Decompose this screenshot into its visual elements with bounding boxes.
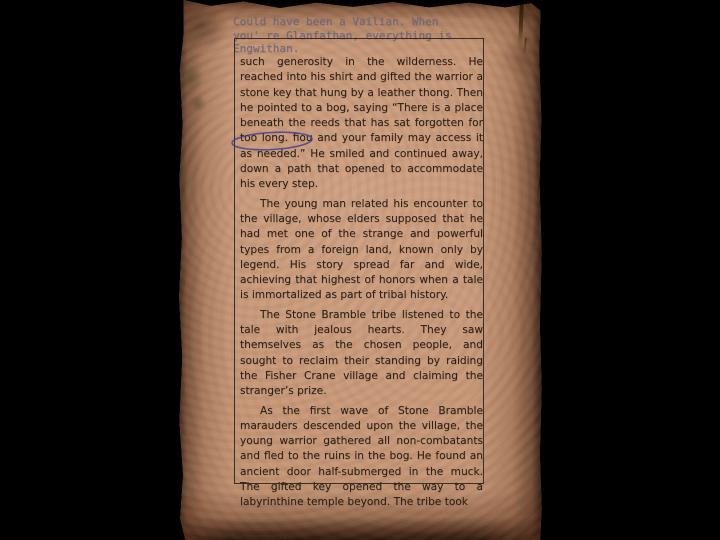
story-paragraph-1: such generosity in the wilderness. He re… (240, 55, 483, 193)
story-paragraph-2: The young man related his encounter to t… (240, 197, 483, 304)
slide: Could have been a Vailian. When you' re … (0, 0, 720, 540)
page-title: Could have been a Vailian. When you' re … (233, 15, 459, 56)
story-text: such generosity in the wilderness. He re… (240, 55, 483, 515)
story-paragraph-3: The Stone Bramble tribe listened to the … (240, 308, 483, 400)
story-paragraph-4: As the first wave of Stone Bramble marau… (240, 404, 483, 511)
